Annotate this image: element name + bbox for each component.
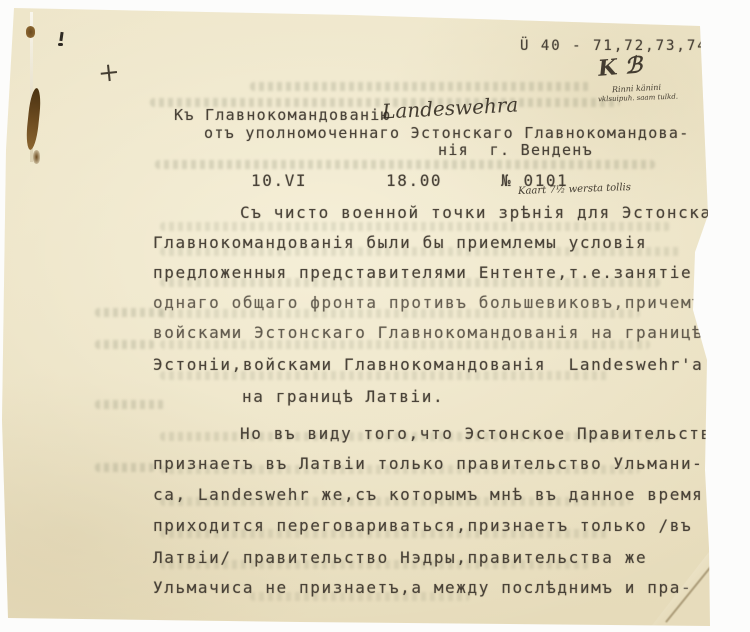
header-addressee: Къ Главнокомандованію [174, 106, 391, 124]
header-sender: отъ уполномоченнаго Эстонскаго Главноком… [204, 124, 690, 142]
bleed-through-margin-mark [95, 400, 165, 409]
rust-stain-small [33, 150, 40, 164]
body-line: са, Landeswehr же,съ которымъ мнѣ въ дан… [153, 485, 703, 504]
header-place: нія г. Венденъ [438, 141, 593, 159]
date-field: 10.VI [251, 171, 307, 190]
bleed-through-line [160, 222, 670, 231]
time-field: 18.00 [386, 171, 442, 190]
body-line: Латвіи/ правительство Нэдры,правительств… [153, 548, 647, 567]
bleed-through-margin-mark [95, 463, 155, 472]
body-line: войсками Эстонскаго Главнокомандованія н… [153, 323, 703, 342]
body-line: на границѣ Латвіи. [242, 387, 444, 406]
body-line: однаго общаго фронта противъ большевиков… [153, 293, 703, 312]
body-line: Съ чисто военной точки зрѣнія для Эстонс… [240, 203, 734, 222]
bleed-through-margin-mark [95, 340, 155, 349]
rust-stain-long [25, 88, 42, 151]
reference-number: Ü 40 - 71,72,73,74. [520, 38, 718, 54]
body-line: предложенныя представителями Ентенте,т.е… [153, 263, 692, 282]
body-line: Ульмачиса не признаетъ,а между послѣдним… [153, 578, 692, 597]
plus-mark: + [96, 57, 121, 89]
body-line: признаетъ въ Латвіи только правительство… [153, 454, 703, 473]
rust-stain-top [26, 26, 35, 38]
scanned-document-page: + Ü 40 - 71,72,73,74. K ℬ Rinni känini v… [0, 0, 750, 632]
ink-mark-dot [58, 43, 63, 46]
body-line: Эстоніи,войсками Главнокомандованія Land… [153, 355, 703, 374]
handwritten-note-line2: vklsuipuh. saam tulkd. [598, 93, 678, 104]
handwritten-initials: K ℬ [597, 52, 643, 82]
bleed-through-line [155, 160, 655, 169]
body-line: приходится переговариваться,признаетъ то… [153, 516, 692, 535]
body-line: Главнокомандованія были бы приемлемы усл… [153, 233, 647, 252]
ink-mark [59, 32, 63, 41]
paper-sheet: + Ü 40 - 71,72,73,74. K ℬ Rinni känini v… [0, 0, 714, 630]
body-line: Но въ виду того,что Эстонское Правительс… [240, 424, 723, 443]
bleed-through-line [250, 82, 590, 91]
